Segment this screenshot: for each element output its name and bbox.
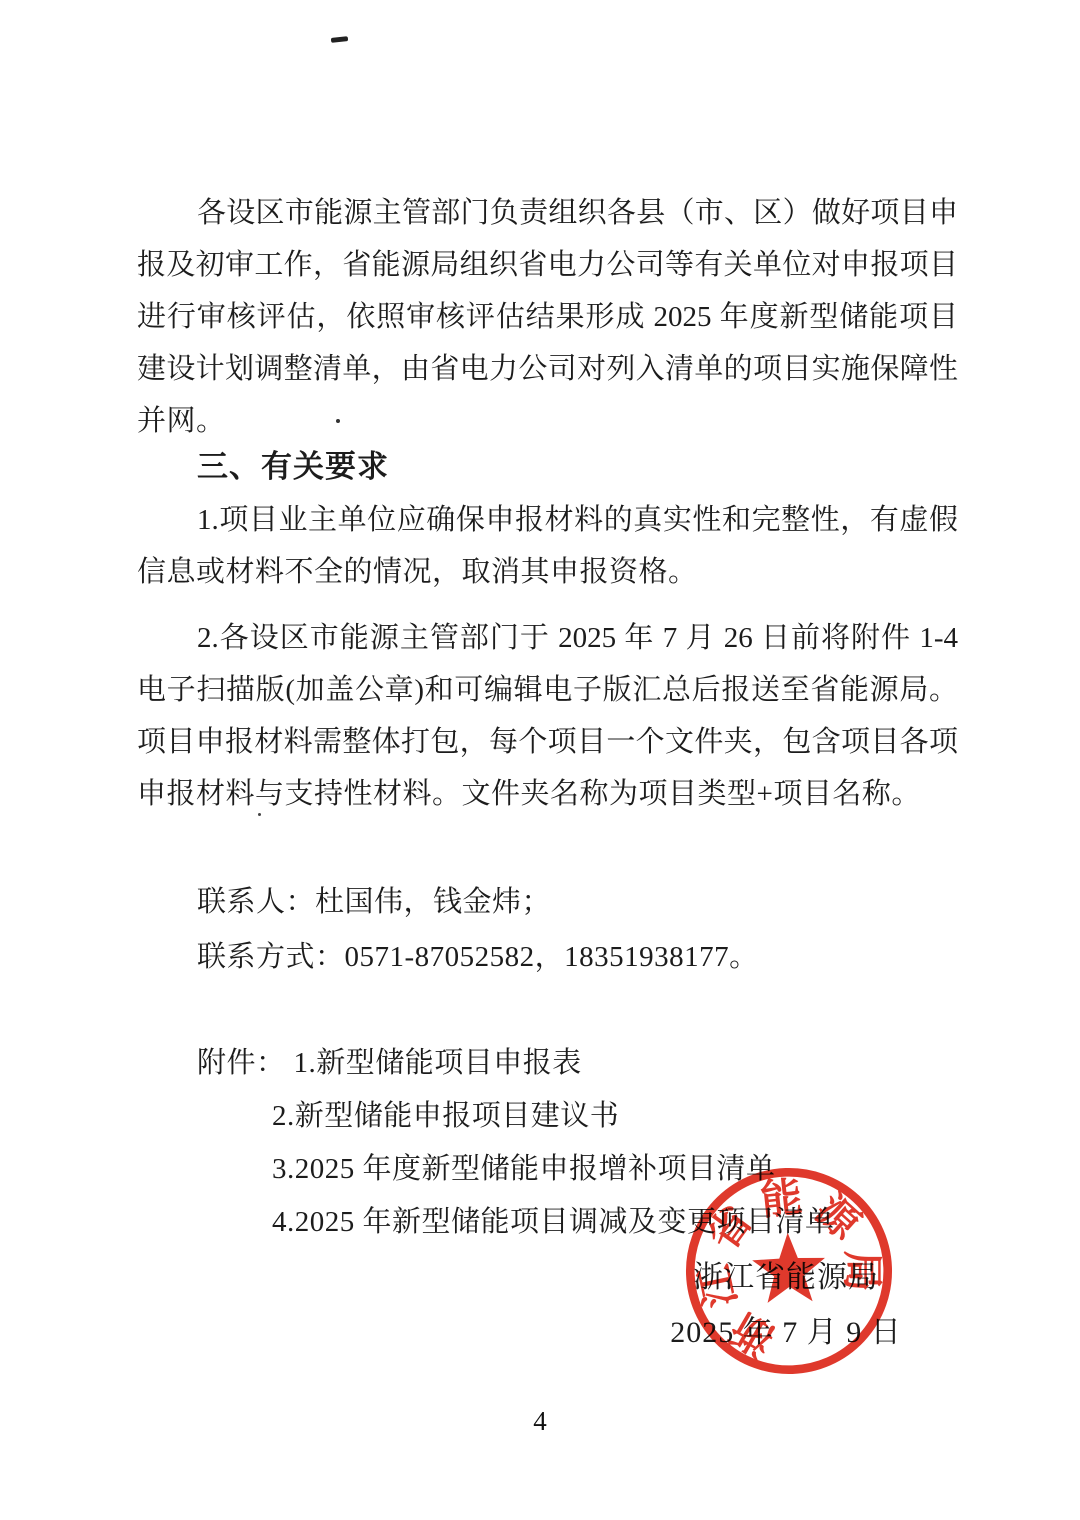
contact-method: 联系方式：0571-87052582，18351938177。 bbox=[137, 930, 958, 985]
requirement-line: 2.各设区市能源主管部门于 2025 年 7 月 26 日前将附件 1-4 bbox=[137, 612, 958, 664]
seal-char: 能 bbox=[758, 1174, 804, 1224]
requirement-line: 信息或材料不全的情况，取消其申报资格。 bbox=[137, 546, 958, 598]
attachment-item: 2.新型储能申报项目建议书 bbox=[137, 1090, 958, 1143]
scan-artifact-dash bbox=[331, 36, 348, 43]
intro-line: 各设区市能源主管部门负责组织各县（市、区）做好项目申 bbox=[137, 187, 958, 239]
intro-line: 并网。 bbox=[137, 395, 958, 447]
attachment-line: 附件：1.新型储能项目申报表 bbox=[137, 1037, 958, 1090]
seal-star-icon bbox=[751, 1231, 826, 1303]
requirement-line: 电子扫描版(加盖公章)和可编辑电子版汇总后报送至省能源局。 bbox=[137, 664, 958, 716]
intro-line: 进行审核评估，依照审核评估结果形成 2025 年度新型储能项目 bbox=[137, 291, 958, 343]
requirement-line: 项目申报材料需整体打包，每个项目一个文件夹，包含项目各项 bbox=[137, 716, 958, 768]
official-seal: 浙 江 省 能 源 局 bbox=[670, 1152, 908, 1390]
intro-line: 建设计划调整清单，由省电力公司对列入清单的项目实施保障性 bbox=[137, 343, 958, 395]
requirement-item-2: 2.各设区市能源主管部门于 2025 年 7 月 26 日前将附件 1-4 电子… bbox=[137, 612, 958, 820]
section-heading: 三、有关要求 bbox=[137, 441, 958, 493]
requirement-item-1: 1.项目业主单位应确保申报材料的真实性和完整性，有虚假 信息或材料不全的情况，取… bbox=[137, 494, 958, 598]
contact-person: 联系人：杜国伟，钱金炜； bbox=[137, 875, 958, 930]
requirement-line: 申报材料与支持性材料。文件夹名称为项目类型+项目名称。 bbox=[137, 768, 958, 820]
attachment-item: 1.新型储能项目申报表 bbox=[294, 1047, 582, 1079]
requirement-line: 1.项目业主单位应确保申报材料的真实性和完整性，有虚假 bbox=[137, 494, 958, 546]
seal-graphic: 浙 江 省 能 源 局 bbox=[670, 1152, 908, 1390]
section-heading-block: 三、有关要求 bbox=[137, 441, 958, 493]
intro-line: 报及初审工作，省能源局组织省电力公司等有关单位对申报项目 bbox=[137, 239, 958, 291]
intro-paragraph: 各设区市能源主管部门负责组织各县（市、区）做好项目申 报及初审工作，省能源局组织… bbox=[137, 187, 958, 447]
document-page: 各设区市能源主管部门负责组织各县（市、区）做好项目申 报及初审工作，省能源局组织… bbox=[0, 0, 1080, 1520]
seal-char: 源 bbox=[807, 1186, 869, 1248]
page-number: 4 bbox=[0, 1406, 1080, 1437]
attachments-label: 附件： bbox=[197, 1047, 286, 1079]
contact-block: 联系人：杜国伟，钱金炜； 联系方式：0571-87052582，18351938… bbox=[137, 875, 958, 985]
seal-char: 江 bbox=[691, 1260, 745, 1311]
seal-char: 局 bbox=[839, 1250, 885, 1291]
